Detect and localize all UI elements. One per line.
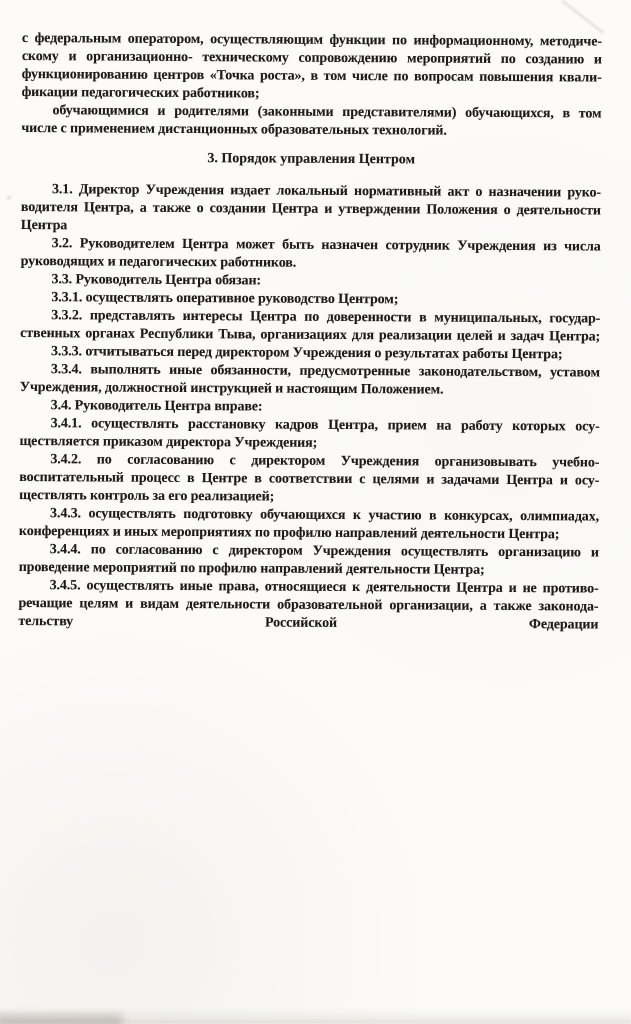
paragraph: 3.4.5. осуществлять иные права, относящи…: [18, 577, 598, 635]
paragraph: 3.4.3. осуществлять подготовку обучающих…: [19, 505, 599, 545]
text-line: числе с применением дистанционных образо…: [21, 120, 601, 142]
scanned-document-page: с федеральным оператором, осуществляющим…: [0, 0, 631, 1024]
scan-shadow-bottom: [0, 1008, 631, 1024]
section-heading: 3. Порядок управления Центром: [21, 149, 601, 171]
document-text-block: с федеральным оператором, осуществляющим…: [18, 30, 602, 635]
text-line: тельству Российской Федерации: [18, 613, 598, 635]
intro-paragraphs: с федеральным оператором, осуществляющим…: [21, 30, 602, 142]
paragraph: с федеральным оператором, осуществляющим…: [22, 30, 602, 106]
paragraph: 3.4.1. осуществлять расстановку кадров Ц…: [19, 415, 599, 455]
paragraph: 3.2. Руководителем Центра может быть наз…: [21, 235, 601, 275]
section-paragraphs: 3.1. Директор Учреждения издает локальны…: [18, 181, 601, 635]
paragraph: обучающимися и родителями (законными пре…: [21, 102, 601, 142]
scan-speck-left: [7, 196, 11, 199]
scan-shadow-bottom-left: [0, 1014, 122, 1024]
paragraph: 3.4.4. по согласованию с директором Учре…: [19, 541, 599, 581]
paragraph: 3.3.4. выполнять иные обязанности, преду…: [20, 361, 600, 401]
paragraph: 3.4.2. по согласованию с директором Учре…: [19, 451, 599, 509]
paragraph: 3.1. Директор Учреждения издает локальны…: [21, 181, 601, 239]
scan-artifact-top-right: [562, 0, 604, 34]
paragraph: 3.3.2. представлять интересы Центра по д…: [20, 307, 600, 347]
text-line: водителя Центра, а также о создании Цент…: [21, 199, 601, 221]
